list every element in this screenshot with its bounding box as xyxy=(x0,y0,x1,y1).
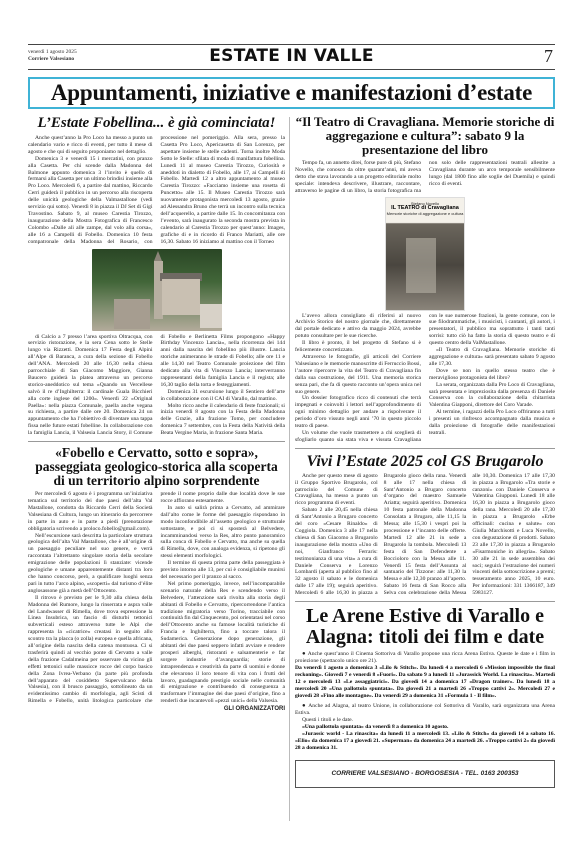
book-subtitle: Memorie storiche di aggregazione e cultu… xyxy=(387,211,464,216)
paragraph: Attraverso le fotografie, gli articoli d… xyxy=(295,354,421,395)
alagna-intro: Anche ad Alagna, al teatro Unione, in co… xyxy=(295,703,555,716)
paragraph: La serata, organizzata dalla Pro Loco di… xyxy=(429,382,555,410)
article-estate-fobellina: L’Estate Fobellina... è già cominciata! … xyxy=(28,115,285,437)
footer-advert-box: CORRIERE VALSESIANO - BORGOSESIA - TEL. … xyxy=(295,760,555,788)
section-divider xyxy=(28,441,285,442)
paragraph: Nel primo pomeriggio, invece, nell’incom… xyxy=(161,581,286,705)
church-photo xyxy=(92,249,222,331)
paragraph: «Jurassic world - La rinascita» da luned… xyxy=(295,731,555,752)
headline-arene: Le Arene Estive di Varallo e Alagna: tit… xyxy=(295,606,555,648)
bullet-icon: ● xyxy=(302,703,306,709)
left-column: L’Estate Fobellina... è già cominciata! … xyxy=(28,115,285,713)
headline-estate-fobellina: L’Estate Fobellina... è già cominciata! xyxy=(28,115,285,132)
paragraph: Il libro è pronto, il bel progetto di St… xyxy=(295,340,421,354)
paragraph: L’avevo allora consigliato di riferirsi … xyxy=(295,313,421,341)
newspaper-page: venerdì 1 agosto 2025 Corriere Valsesian… xyxy=(28,44,555,815)
book-photo-arch xyxy=(406,238,436,293)
photo-house xyxy=(200,304,222,328)
article-teatro-cravagliana: “Il Teatro di Cravagliana. Memorie stori… xyxy=(295,115,555,444)
paragraph: Anche per questo mese di agosto il Grupp… xyxy=(295,473,378,508)
paragraph: Tempo fa, un annetto direi, forse pure d… xyxy=(295,160,555,195)
article-body: ● Anche quest’anno il Cinema Sottoriva d… xyxy=(295,651,555,752)
columns: L’Estate Fobellina... è già cominciata! … xyxy=(28,115,555,815)
paragraph: Da venerdì 1 agosto a domenica 3 «Lilo &… xyxy=(295,665,555,700)
paragraph: Al termine, i ragazzi della Pro Loco off… xyxy=(429,409,555,437)
paragraph: ● Anche ad Alagna, al teatro Unione, in … xyxy=(295,703,555,717)
photo-spire xyxy=(154,251,162,261)
photo-house xyxy=(114,299,150,329)
bullet-icon: ● xyxy=(302,651,306,657)
headline-teatro: “Il Teatro di Cravagliana. Memorie stori… xyxy=(295,115,555,157)
headline-brugarolo: Vivi l’Estate 2025 col GS Brugarolo xyxy=(295,453,555,470)
paragraph: «Il Teatro di Cravagliana. Memorie stori… xyxy=(429,347,555,368)
paragraph: Domenica 31 escursione lungo il Sentiero… xyxy=(161,389,286,403)
masthead: venerdì 1 agosto 2025 Corriere Valsesian… xyxy=(28,44,555,70)
varallo-schedule: Da venerdì 1 agosto a domenica 3 «Lilo &… xyxy=(295,665,555,699)
paragraph: In auto si salirà prima a Cervatto, ad a… xyxy=(161,505,286,560)
headline-fobello-cervatto: «Fobello e Cervatto, sotto e sopra», pas… xyxy=(28,446,285,488)
paragraph: Nell’escursione sarà descritta la partic… xyxy=(28,533,153,595)
alagna-schedule-1: «Una pallottola spuntata» da venerdì 8 a… xyxy=(302,724,448,730)
section-divider xyxy=(295,448,555,449)
paragraph: Questi i titoli e le date. xyxy=(295,717,555,724)
article-gs-brugarolo: Vivi l’Estate 2025 col GS Brugarolo Anch… xyxy=(295,453,555,597)
section-title: ESTATE IN VALLE xyxy=(28,46,555,66)
article-body: Anche quest’anno la Pro Loco ha messo a … xyxy=(28,135,285,437)
paragraph: ● Anche quest’anno il Cinema Sottoriva d… xyxy=(295,651,555,665)
varallo-intro: Anche quest’anno il Cinema Sottoriva di … xyxy=(295,651,555,664)
column-divider xyxy=(289,117,290,821)
book-cover-text: Stefano Novello IL TEATRO di Cravagliana… xyxy=(386,201,464,216)
article-body: Tempo fa, un annetto direi, forse pure d… xyxy=(295,160,555,444)
paragraph: Il termine di questa prima parte della p… xyxy=(161,560,286,581)
article-arene-estive: Le Arene Estive di Varallo e Alagna: tit… xyxy=(295,606,555,788)
alagna-schedule-2: «Jurassic world - La rinascita» da luned… xyxy=(295,731,555,751)
photo-nave xyxy=(162,279,200,315)
book-cover-image: Stefano Novello IL TEATRO di Cravagliana… xyxy=(385,197,465,311)
article-body: Per mercoledì 6 agosto è i programma un’… xyxy=(28,491,285,713)
article-fobello-cervatto: «Fobello e Cervatto, sotto e sopra», pas… xyxy=(28,446,285,713)
page-number: 7 xyxy=(544,46,553,67)
article-body: Anche per questo mese di agosto il Grupp… xyxy=(295,473,555,597)
paragraph: Anche quest’anno la Pro Loco ha messo a … xyxy=(28,135,153,156)
right-column: “Il Teatro di Cravagliana. Memorie stori… xyxy=(295,115,555,788)
section-divider xyxy=(295,601,555,602)
article-signature: GLI ORGANIZZATORI xyxy=(161,706,286,713)
paragraph: Per mercoledì 6 agosto è i programma un’… xyxy=(28,491,153,532)
paragraph: Dove se non in quello stesso teatro che … xyxy=(429,368,555,382)
paragraph: «Una pallottola spuntata» da venerdì 8 a… xyxy=(295,724,555,731)
page-banner-title: Appuntamenti, iniziative e manifestazion… xyxy=(28,77,555,109)
paragraph: Molto ricco anche il calendario di feste… xyxy=(161,403,286,438)
paragraph: Un dossier fotografico ricco di contenut… xyxy=(295,395,421,430)
